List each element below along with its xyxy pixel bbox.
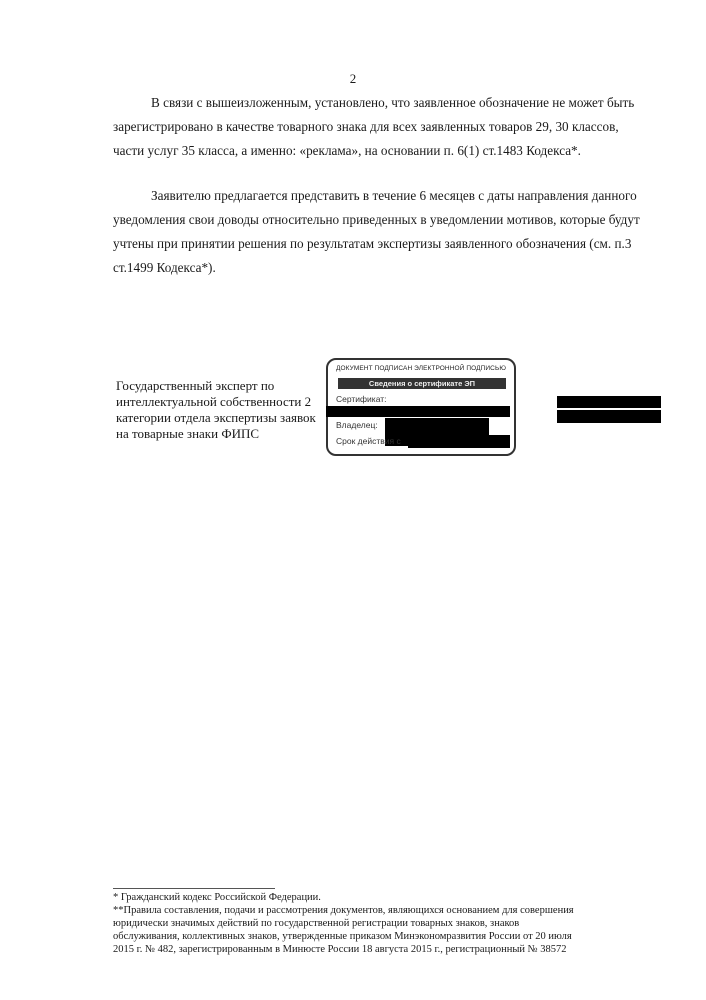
redaction-name-1 <box>557 396 661 408</box>
validity-label: Срок действия с <box>336 436 401 446</box>
signatory-line: категории отдела экспертизы заявок <box>116 410 316 426</box>
redaction-validity <box>408 435 510 448</box>
signatory-line: Государственный эксперт по <box>116 378 316 394</box>
signatory-line: на товарные знаки ФИПС <box>116 426 316 442</box>
signatory-position: Государственный эксперт по интеллектуаль… <box>116 378 316 442</box>
signatory-line: интеллектуальной собственности 2 <box>116 394 316 410</box>
text-line: уведомления свои доводы относительно при… <box>113 208 613 232</box>
text-line: зарегистрировано в качестве товарного зн… <box>113 115 613 139</box>
page-number: 2 <box>0 71 706 87</box>
redaction-name-2 <box>557 410 661 423</box>
footnote-2-line: **Правила составления, подачи и рассмотр… <box>113 904 613 917</box>
redaction-certificate <box>326 406 510 417</box>
text-line: ст.1499 Кодекса*). <box>113 256 613 280</box>
footnote-2-line: юридически значимых действий по государс… <box>113 917 613 930</box>
text-line: В связи с вышеизложенным, установлено, ч… <box>113 91 613 115</box>
footnote-1: * Гражданский кодекс Российской Федераци… <box>113 891 613 904</box>
footnote-2-line: обслуживания, коллективных знаков, утвер… <box>113 930 613 943</box>
text-line: части услуг 35 класса, а именно: «реклам… <box>113 139 613 163</box>
footnote-2-line: 2015 г. № 482, зарегистрированным в Миню… <box>113 943 613 956</box>
paragraph-applicant-offer: Заявителю предлагается представить в теч… <box>113 184 613 280</box>
paragraph-conclusion: В связи с вышеизложенным, установлено, ч… <box>113 91 613 163</box>
footnotes: * Гражданский кодекс Российской Федераци… <box>113 891 613 956</box>
text-line: учтены при принятии решения по результат… <box>113 232 613 256</box>
text-line: Заявителю предлагается представить в теч… <box>113 184 613 208</box>
stamp-title: ДОКУМЕНТ ПОДПИСАН ЭЛЕКТРОННОЙ ПОДПИСЬЮ <box>328 365 514 372</box>
electronic-signature-stamp: ДОКУМЕНТ ПОДПИСАН ЭЛЕКТРОННОЙ ПОДПИСЬЮ С… <box>326 358 516 456</box>
owner-label: Владелец: <box>336 420 378 430</box>
certificate-label: Сертификат: <box>336 394 387 404</box>
footnote-divider <box>113 888 275 889</box>
stamp-banner: Сведения о сертификате ЭП <box>338 378 506 389</box>
